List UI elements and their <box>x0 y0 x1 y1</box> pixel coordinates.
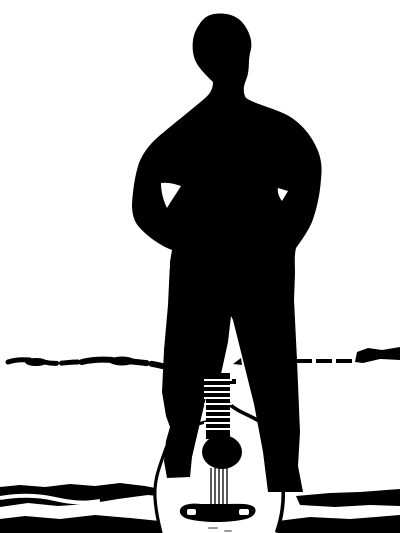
horizon-blob <box>25 358 47 366</box>
guitar-bridge <box>180 504 256 522</box>
sound-hole <box>202 435 242 469</box>
silhouette-photo <box>0 0 400 533</box>
bridge-slot-right <box>239 509 249 515</box>
silhouette-artwork <box>0 0 400 533</box>
hip-nick <box>167 265 170 269</box>
horizon-blob <box>109 357 135 366</box>
bridge-slot-left <box>187 509 196 515</box>
hip-nick <box>166 255 170 258</box>
